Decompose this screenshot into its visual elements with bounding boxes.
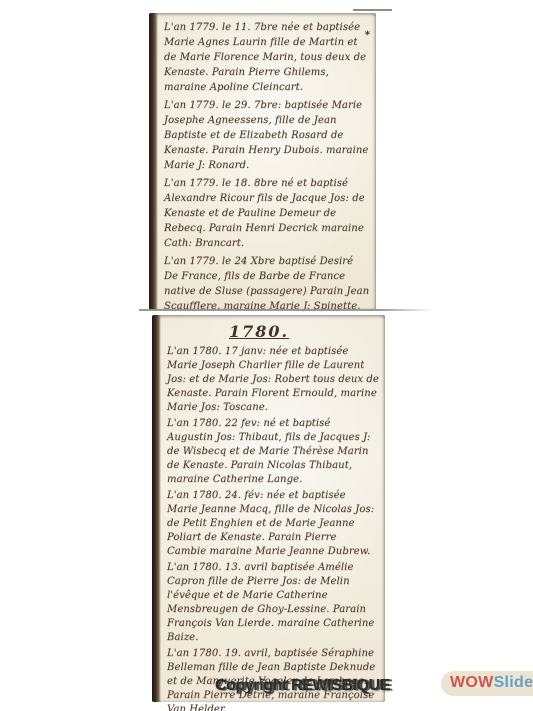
manuscript-photo-top: * L'an 1779. le 11. 7bre née et baptisée… (149, 13, 376, 310)
copyright-watermark: Copyright REWISBIQUE (215, 676, 390, 696)
register-entry: L'an 1780. 22 fev: né et baptisé Augusti… (167, 417, 379, 487)
wowslider-badge-wow: WOW (450, 674, 494, 691)
register-entry: L'an 1779. le 29. 7bre: baptisée Marie J… (164, 98, 370, 173)
register-entry: L'an 1779. le 11. 7bre née et baptisée M… (164, 20, 370, 95)
manuscript-photo-bottom: 1780. L'an 1780. 17 janv: née et baptisé… (152, 315, 385, 702)
photo-frame-tick-top (353, 9, 392, 11)
register-entry: L'an 1780. 17 janv: née et baptisée Mari… (167, 345, 379, 415)
ink-asterisk-mark: * (365, 30, 370, 41)
register-entry: L'an 1779. le 24 Xbre baptisé Desiré De … (164, 254, 370, 314)
register-entry: L'an 1779. le 18. 8bre né et baptisé Ale… (164, 176, 370, 251)
register-page-1780: 1780. L'an 1780. 17 janv: née et baptisé… (152, 315, 385, 702)
register-page-1779: * L'an 1779. le 11. 7bre née et baptisée… (149, 13, 376, 310)
year-heading-1780: 1780. (153, 322, 365, 342)
photo-junction-line (139, 309, 432, 311)
register-entry: L'an 1780. 13. avril baptisée Amélie Cap… (167, 561, 379, 645)
register-entry: L'an 1780. 24. fév: née et baptisée Mari… (167, 489, 379, 559)
wowslider-badge-slider: Slider (494, 674, 533, 691)
wowslider-badge-link[interactable]: WOWSlider (441, 671, 533, 696)
